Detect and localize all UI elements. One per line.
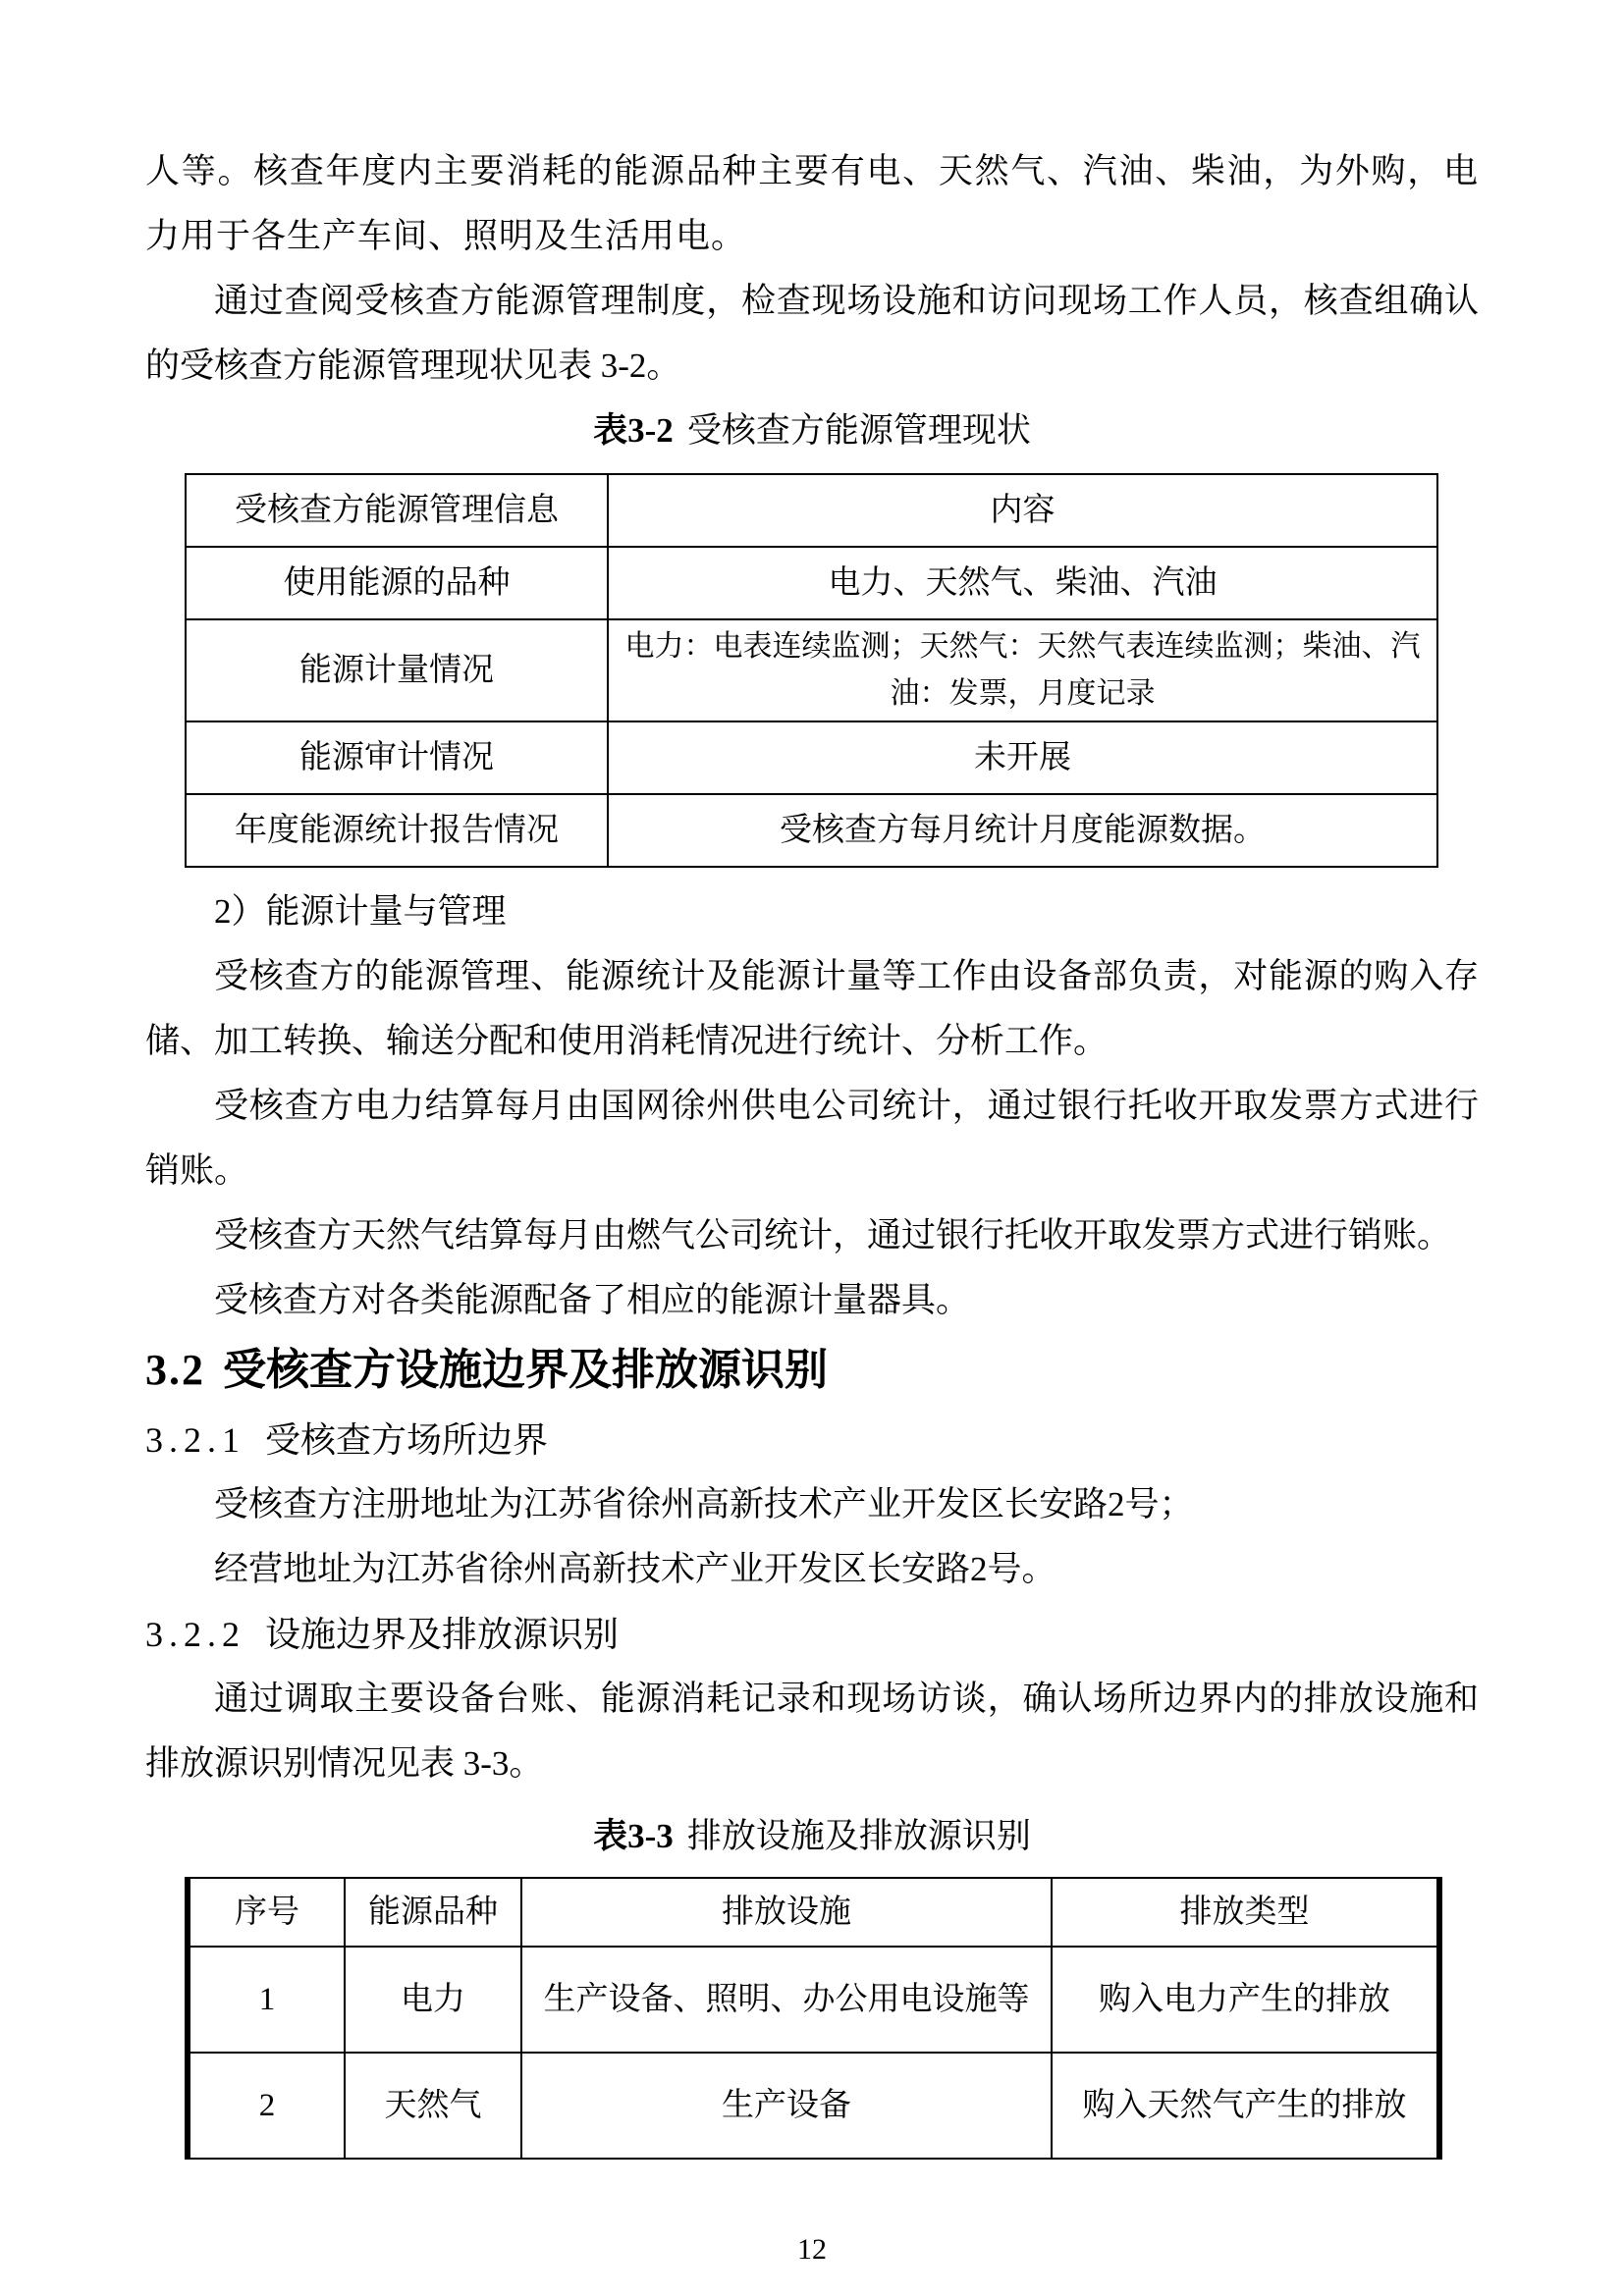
table-cell-seq-1: 1 (188, 1947, 345, 2053)
paragraph-registered-address: 受核查方注册地址为江苏省徐州高新技术产业开发区长安路2号； (145, 1472, 1479, 1537)
paragraph-gas-settlement: 受核查方天然气结算每月由燃气公司统计，通过银行托收开取发票方式进行销账。 (145, 1203, 1479, 1268)
table-cell-energy-kinds-label: 使用能源的品种 (186, 547, 608, 619)
paragraph-electricity-settlement: 受核查方电力结算每月由国网徐州供电公司统计，通过银行托收开取发票方式进行销账。 (145, 1074, 1479, 1203)
table-row: 能源审计情况 未开展 (186, 721, 1437, 794)
table-cell-seq-2: 2 (188, 2053, 345, 2159)
table-3-2-caption-label: 表3-2 (593, 411, 674, 450)
subsection-title: 受核查方场所边界 (265, 1420, 548, 1460)
table-3-2-caption-title: 受核查方能源管理现状 (687, 411, 1031, 450)
paragraph-energy-types: 人等。核查年度内主要消耗的能源品种主要有电、天然气、汽油、柴油，为外购，电力用于… (145, 139, 1479, 269)
section-number: 3.2 (145, 1346, 205, 1394)
table-cell-facility-2: 生产设备 (521, 2053, 1052, 2159)
table-cell-energy-1: 电力 (345, 1947, 521, 2053)
section-title: 受核查方设施边界及排放源识别 (223, 1346, 828, 1394)
table-cell-header-facility: 排放设施 (521, 1878, 1052, 1947)
table-3-2-caption: 表3-2受核查方能源管理现状 (145, 399, 1479, 463)
table-cell-header-info: 受核查方能源管理信息 (186, 474, 608, 547)
table-cell-energy-kinds-value: 电力、天然气、柴油、汽油 (608, 547, 1437, 619)
table-row: 1 电力 生产设备、照明、办公用电设施等 购入电力产生的排放 (188, 1947, 1439, 2053)
paragraph-energy-mgmt-intro: 通过查阅受核查方能源管理制度，检查现场设施和访问现场工作人员，核查组确认的受核查… (145, 269, 1479, 399)
table-3-3-caption-title: 排放设施及排放源识别 (687, 1817, 1031, 1855)
table-3-3-caption: 表3-3排放设施及排放源识别 (145, 1804, 1479, 1869)
table-cell-audit-value: 未开展 (608, 721, 1437, 794)
table-cell-header-content: 内容 (608, 474, 1437, 547)
table-cell-facility-1: 生产设备、照明、办公用电设施等 (521, 1947, 1052, 2053)
table-row: 2 天然气 生产设备 购入天然气产生的排放 (188, 2053, 1439, 2159)
subsection-heading-3-2-1: 3.2.1受核查方场所边界 (145, 1408, 1479, 1472)
table-cell-annual-report-label: 年度能源统计报告情况 (186, 794, 608, 867)
list-item-energy-metering-management: 2）能源计量与管理 (145, 880, 1479, 944)
page-number: 12 (145, 2230, 1479, 2269)
table-cell-emission-type-1: 购入电力产生的排放 (1052, 1947, 1439, 2053)
document-page: 人等。核查年度内主要消耗的能源品种主要有电、天然气、汽油、柴油，为外购，电力用于… (0, 0, 1624, 2296)
table-3-3-caption-label: 表3-3 (593, 1817, 674, 1855)
table-row: 年度能源统计报告情况 受核查方每月统计月度能源数据。 (186, 794, 1437, 867)
table-row: 能源计量情况 电力：电表连续监测；天然气：天然气表连续监测；柴油、汽油：发票，月… (186, 619, 1437, 721)
paragraph-metering-devices: 受核查方对各类能源配备了相应的能源计量器具。 (145, 1268, 1479, 1333)
table-row-header: 受核查方能源管理信息 内容 (186, 474, 1437, 547)
table-cell-emission-type-2: 购入天然气产生的排放 (1052, 2053, 1439, 2159)
subsection-number: 3.2.2 (145, 1615, 245, 1654)
table-row: 使用能源的品种 电力、天然气、柴油、汽油 (186, 547, 1437, 619)
paragraph-facility-boundary: 通过调取主要设备台账、能源消耗记录和现场访谈，确认场所边界内的排放设施和排放源识… (145, 1667, 1479, 1796)
table-cell-energy-2: 天然气 (345, 2053, 521, 2159)
table-cell-metering-value: 电力：电表连续监测；天然气：天然气表连续监测；柴油、汽油：发票，月度记录 (608, 619, 1437, 721)
table-cell-header-emission-type: 排放类型 (1052, 1878, 1439, 1947)
section-heading-3-2: 3.2受核查方设施边界及排放源识别 (145, 1333, 1479, 1408)
paragraph-business-address: 经营地址为江苏省徐州高新技术产业开发区长安路2号。 (145, 1537, 1479, 1602)
emission-facility-table: 序号 能源品种 排放设施 排放类型 1 电力 生产设备、照明、办公用电设施等 购… (185, 1877, 1442, 2160)
subsection-heading-3-2-2: 3.2.2设施边界及排放源识别 (145, 1602, 1479, 1667)
subsection-title: 设施边界及排放源识别 (265, 1615, 619, 1654)
table-cell-annual-report-value: 受核查方每月统计月度能源数据。 (608, 794, 1437, 867)
paragraph-energy-dept-responsibility: 受核查方的能源管理、能源统计及能源计量等工作由设备部负责，对能源的购入存储、加工… (145, 944, 1479, 1074)
table-cell-audit-label: 能源审计情况 (186, 721, 608, 794)
table-cell-metering-label: 能源计量情况 (186, 619, 608, 721)
energy-management-status-table: 受核查方能源管理信息 内容 使用能源的品种 电力、天然气、柴油、汽油 能源计量情… (185, 473, 1438, 868)
subsection-number: 3.2.1 (145, 1420, 245, 1460)
table-cell-header-energy: 能源品种 (345, 1878, 521, 1947)
table-cell-header-seq: 序号 (188, 1878, 345, 1947)
table-row-header: 序号 能源品种 排放设施 排放类型 (188, 1878, 1439, 1947)
